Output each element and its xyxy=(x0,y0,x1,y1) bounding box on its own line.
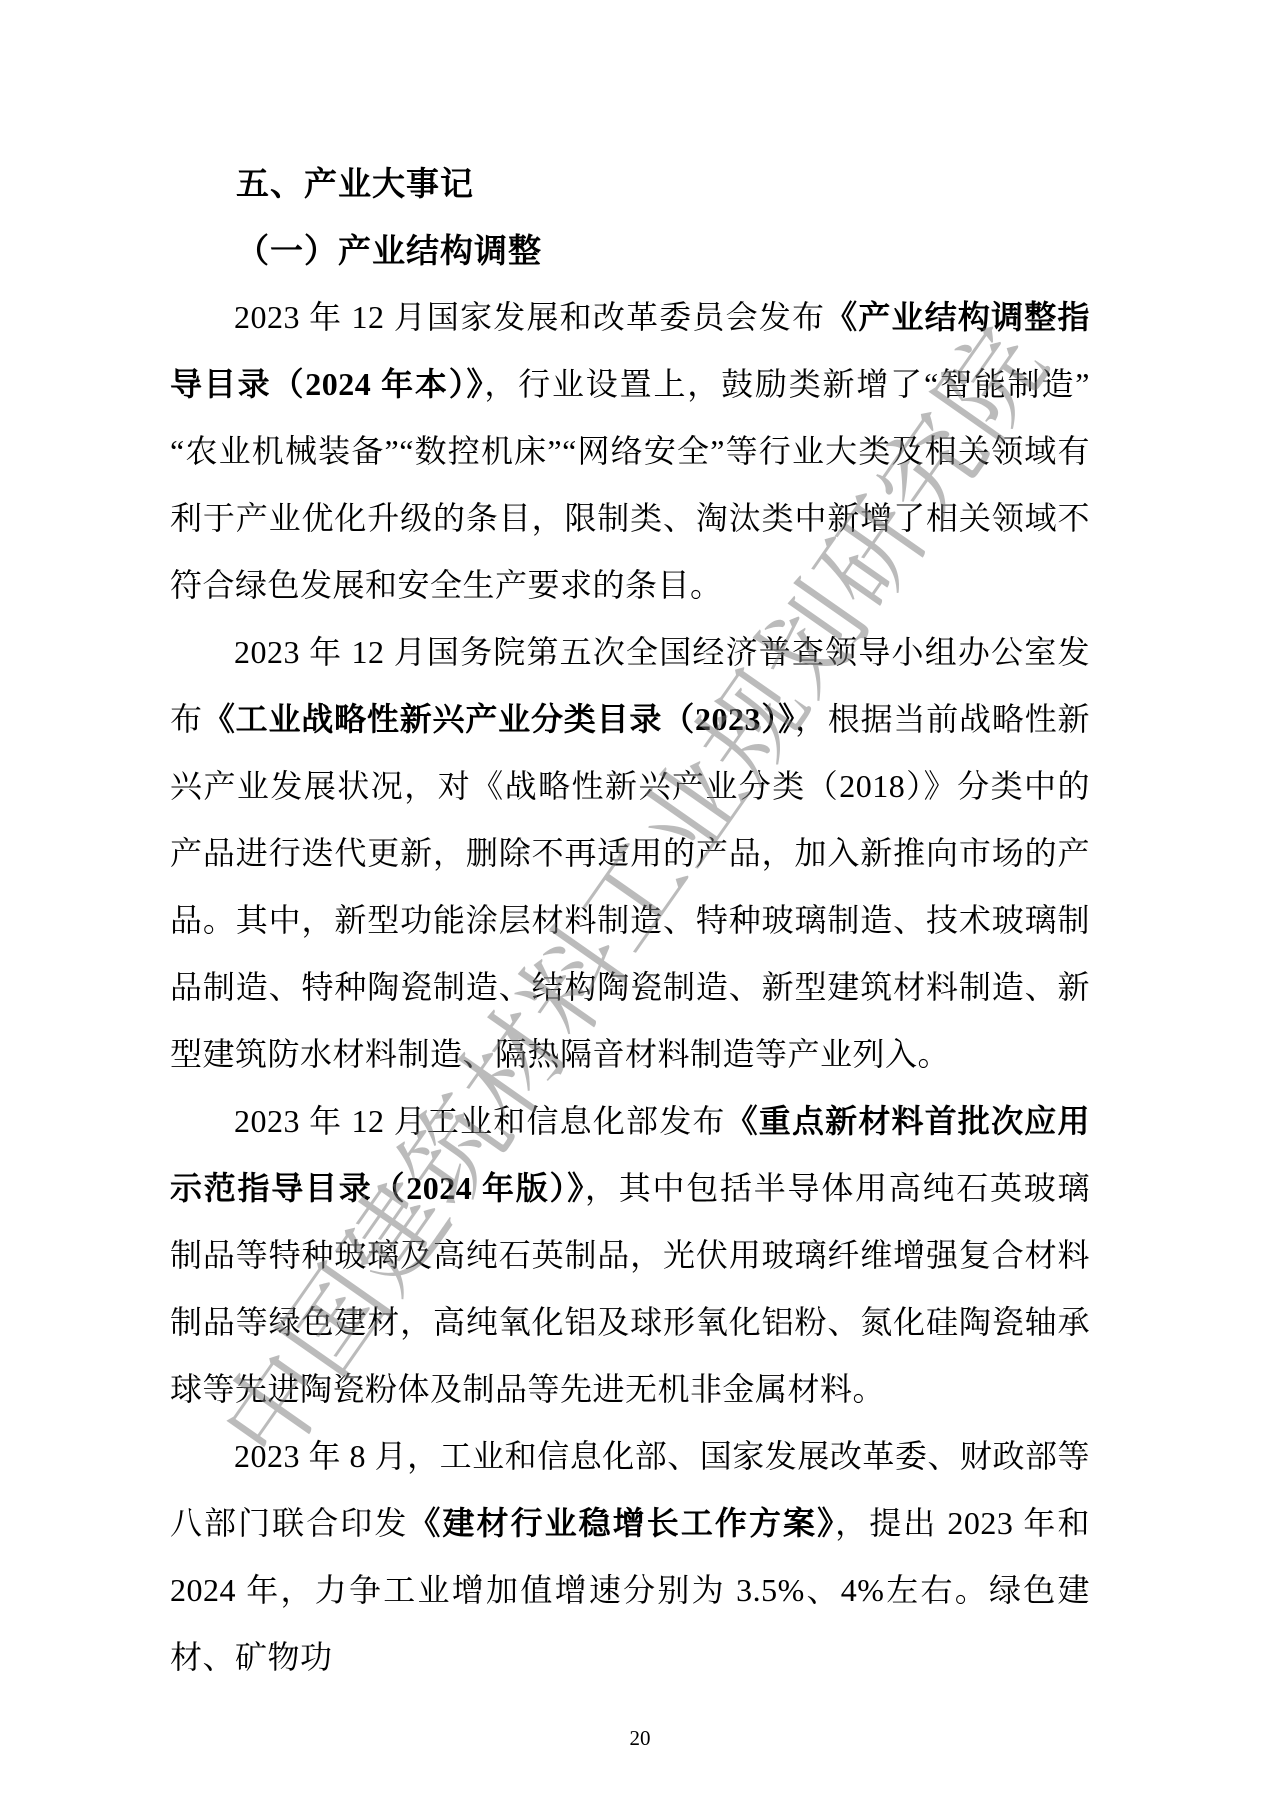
paragraph-text: 2023 年 12 月工业和信息化部发布 xyxy=(234,1103,726,1139)
section-heading: 五、产业大事记 xyxy=(170,150,1090,217)
paragraph-text: ，根据当前战略性新兴产业发展状况，对《战略性新兴产业分类（2018）》分类中的产… xyxy=(170,701,1090,1072)
document-page: 中国建筑材料工业规划研究院 五、产业大事记 （一）产业结构调整 2023 年 1… xyxy=(0,0,1280,1809)
paragraph: 2023 年 12 月国家发展和改革委员会发布《产业结构调整指导目录（2024 … xyxy=(170,284,1090,619)
body-paragraphs: 2023 年 12 月国家发展和改革委员会发布《产业结构调整指导目录（2024 … xyxy=(170,284,1090,1691)
page-number: 20 xyxy=(0,1726,1280,1751)
paragraph: 2023 年 8 月，工业和信息化部、国家发展改革委、财政部等八部门联合印发《建… xyxy=(170,1423,1090,1691)
paragraph: 2023 年 12 月工业和信息化部发布《重点新材料首批次应用示范指导目录（20… xyxy=(170,1088,1090,1423)
paragraph: 2023 年 12 月国务院第五次全国经济普查领导小组办公室发布《工业战略性新兴… xyxy=(170,619,1090,1088)
page-content: 五、产业大事记 （一）产业结构调整 2023 年 12 月国家发展和改革委员会发… xyxy=(170,150,1090,1691)
document-title-bold: 《工业战略性新兴产业分类目录（2023）》 xyxy=(203,701,795,737)
subsection-heading: （一）产业结构调整 xyxy=(170,217,1090,284)
paragraph-text: 2023 年 12 月国家发展和改革委员会发布 xyxy=(234,299,825,335)
document-title-bold: 《建材行业稳增长工作方案》 xyxy=(408,1505,835,1541)
